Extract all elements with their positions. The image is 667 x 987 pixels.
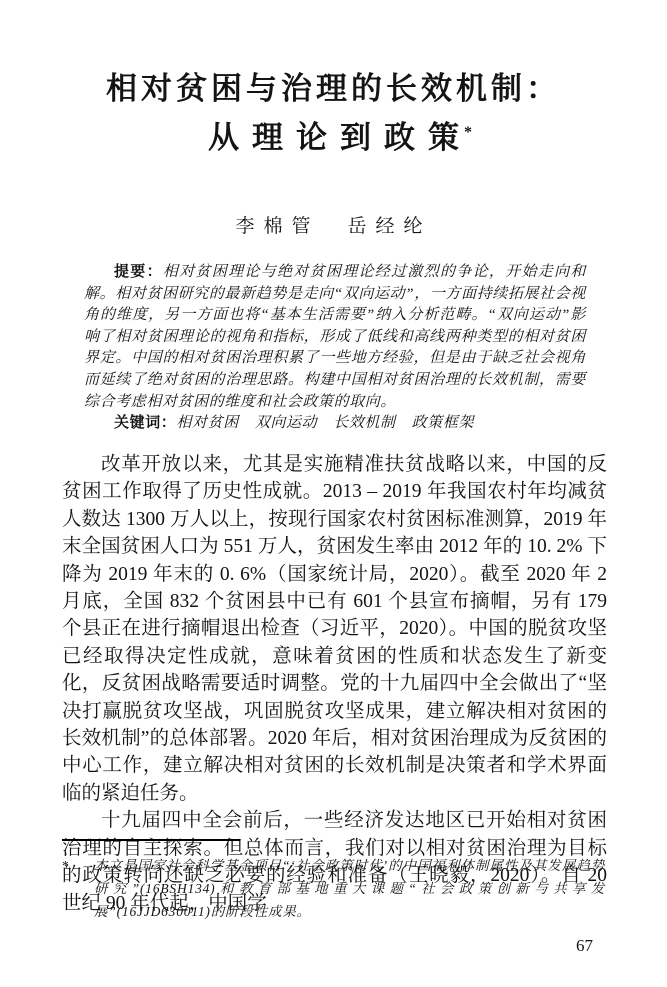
title-footnote-marker: * xyxy=(464,124,472,141)
abstract-label: 提要： xyxy=(114,264,163,280)
document-page: 相对贫困与治理的长效机制： 从理论到政策* 李棉管 岳经纶 提要：相对贫困理论与… xyxy=(0,0,667,987)
title-line-1: 相对贫困与治理的长效机制： xyxy=(0,64,667,113)
keyword-item: 政策框架 xyxy=(412,415,474,431)
keyword-item: 长效机制 xyxy=(333,415,395,431)
body-paragraph-1: 改革开放以来，尤其是实施精准扶贫战略以来，中国的反贫困工作取得了历史性成就。20… xyxy=(62,451,607,807)
footnote: * 本文是国家社会科学基金项目“‘社会政策时代’的中国福利体制属性及其发展趋势研… xyxy=(62,854,605,923)
keyword-item: 相对贫困 xyxy=(176,415,238,431)
article-title: 相对贫困与治理的长效机制： 从理论到政策* xyxy=(0,64,667,162)
keywords-line: 关键词：相对贫困双向运动长效机制政策框架 xyxy=(84,413,586,435)
page-number: 67 xyxy=(576,936,593,956)
keyword-item: 双向运动 xyxy=(255,415,317,431)
footnote-text: 本文是国家社会科学基金项目“‘社会政策时代’的中国福利体制属性及其发展趋势研究”… xyxy=(94,854,605,923)
footnote-marker: * xyxy=(62,854,94,923)
authors: 李棉管 岳经纶 xyxy=(0,211,667,238)
abstract-block: 提要：相对贫困理论与绝对贫困理论经过激烈的争论，开始走向和解。相对贫困研究的最新… xyxy=(84,262,586,435)
title-line-2-text: 从理论到政策 xyxy=(208,120,472,155)
footnote-divider xyxy=(62,839,240,841)
abstract-paragraph: 提要：相对贫困理论与绝对贫困理论经过激烈的争论，开始走向和解。相对贫困研究的最新… xyxy=(84,262,586,413)
keywords-label: 关键词： xyxy=(114,415,176,431)
abstract-text: 相对贫困理论与绝对贫困理论经过激烈的争论，开始走向和解。相对贫困研究的最新趋势是… xyxy=(84,264,586,410)
footnote-area: * 本文是国家社会科学基金项目“‘社会政策时代’的中国福利体制属性及其发展趋势研… xyxy=(62,839,605,923)
title-line-2: 从理论到政策* xyxy=(0,113,667,162)
